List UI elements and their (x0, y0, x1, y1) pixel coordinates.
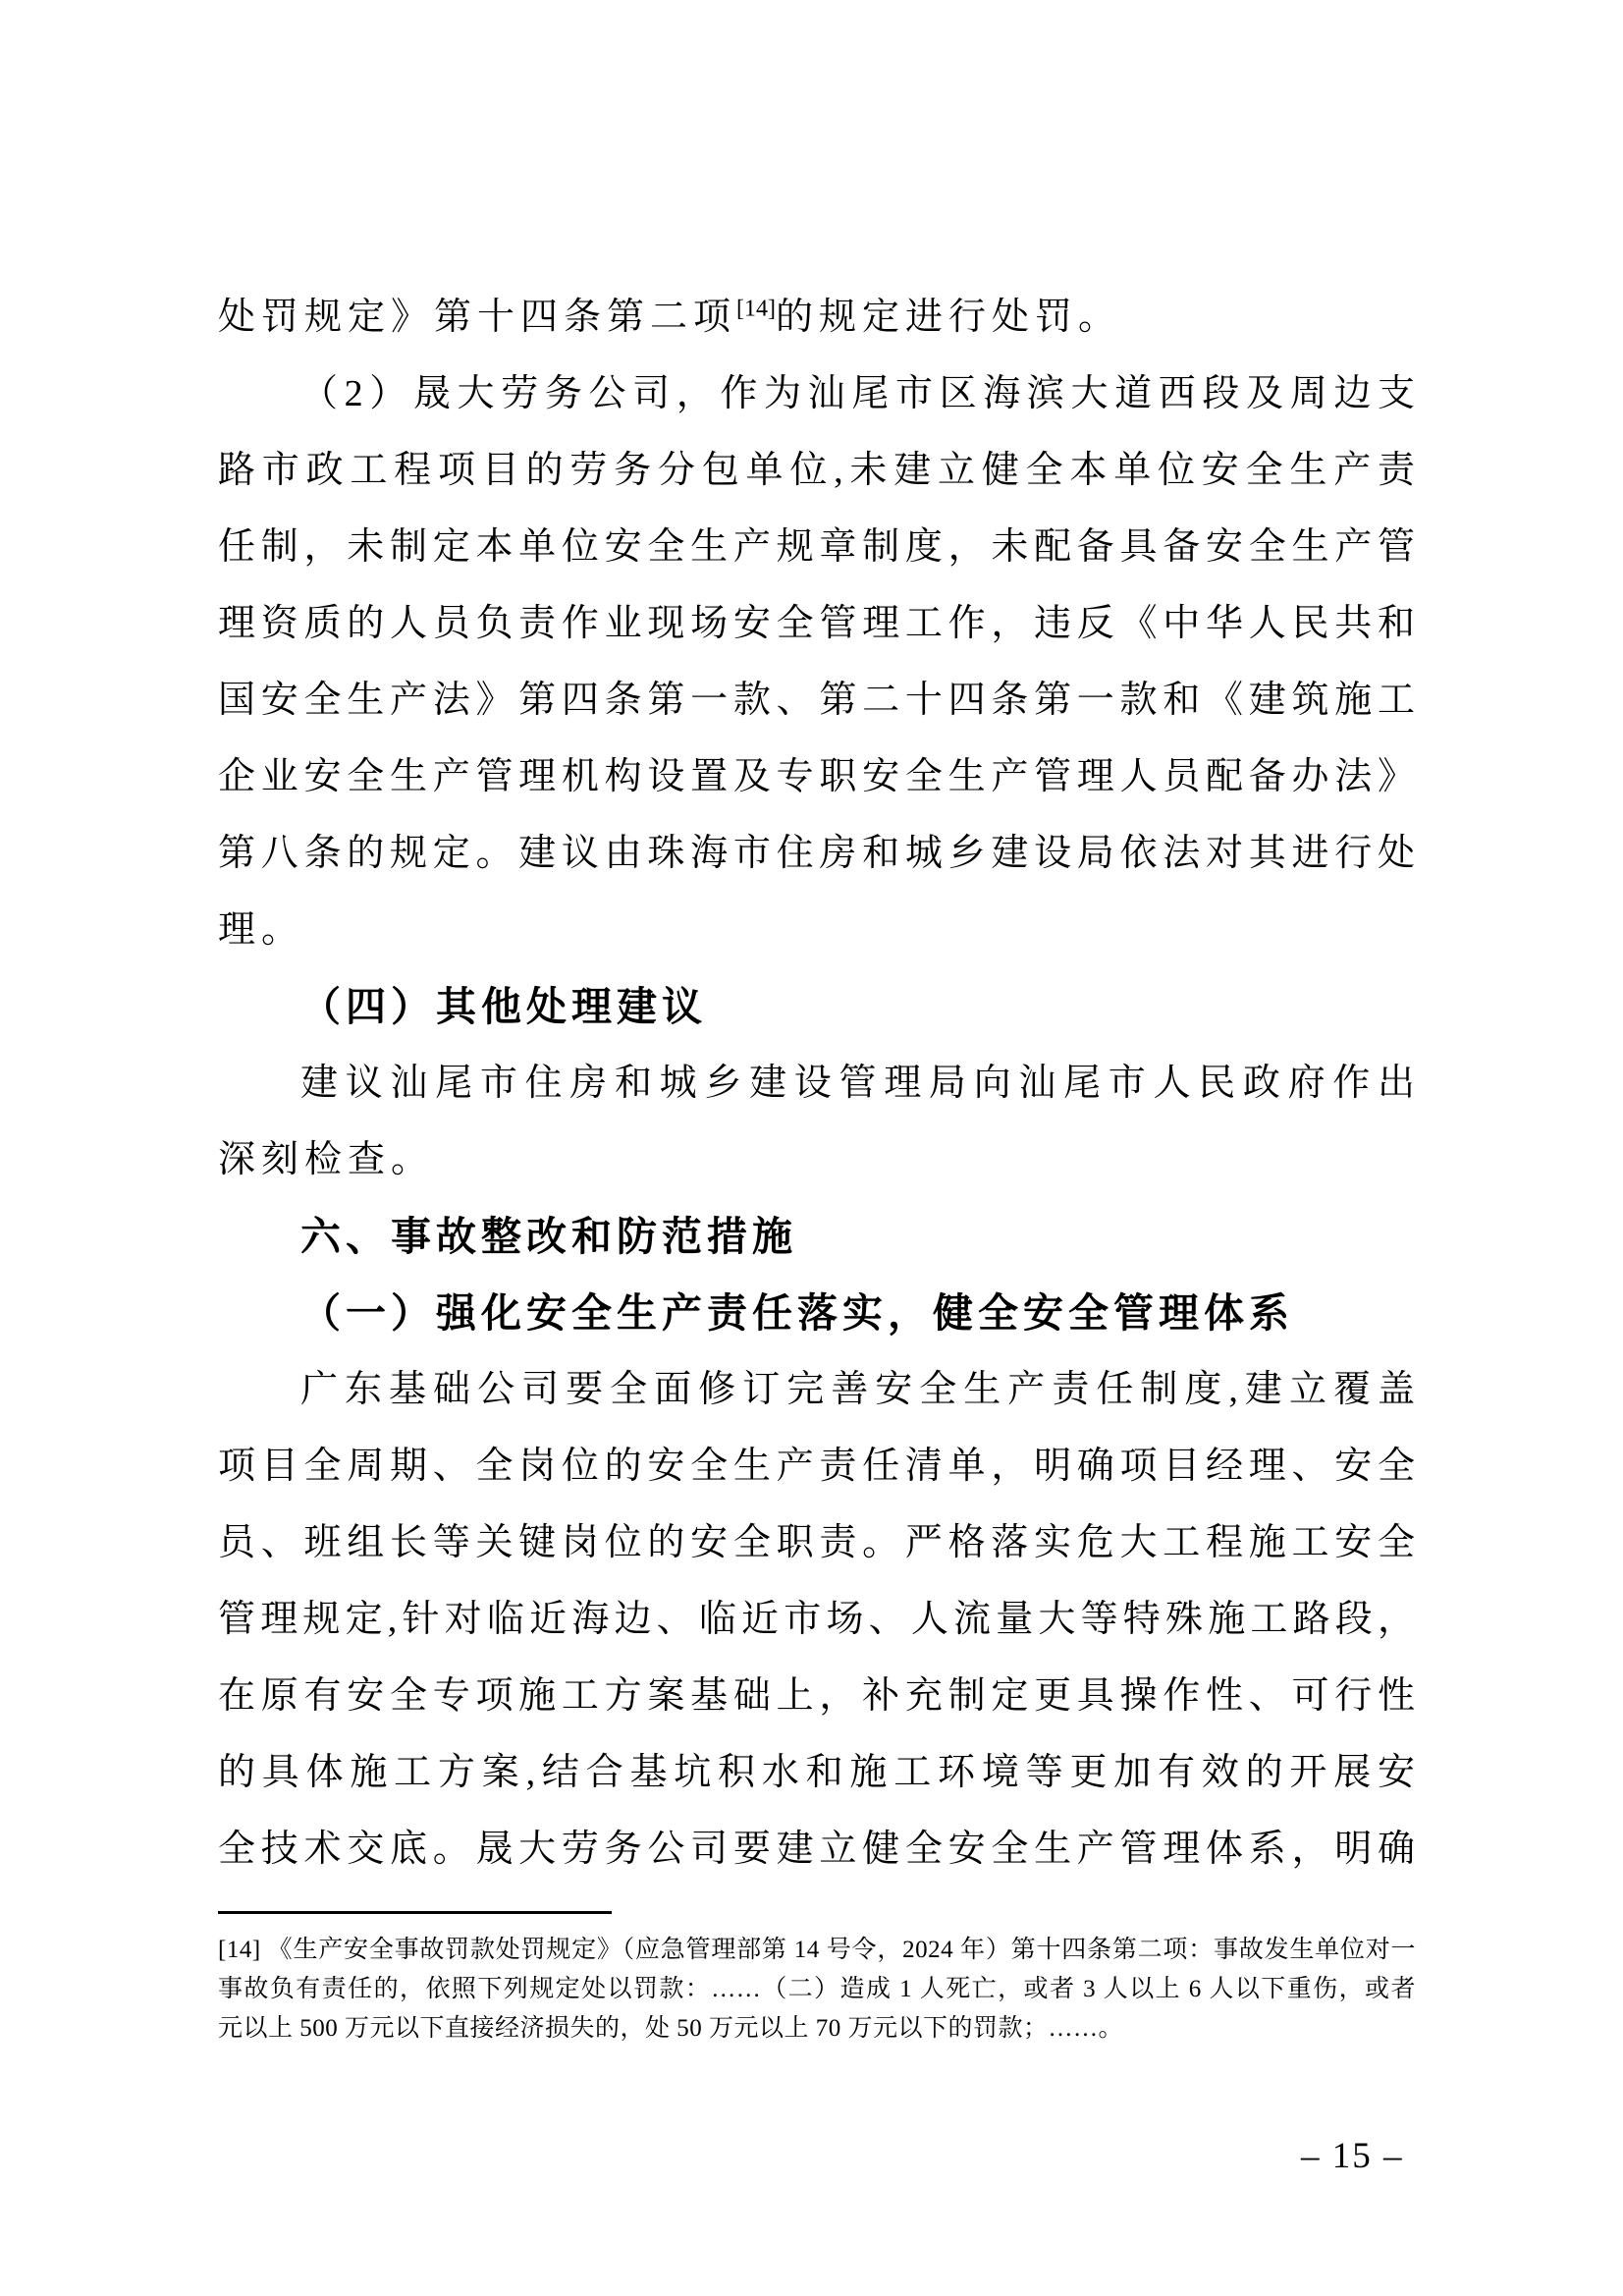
footnote: [14] 《生产安全事故罚款处罚规定》（应急管理部第 14 号令，2024 年）… (218, 1931, 1416, 2049)
body-line: 理资质的人员负责作业现场安全管理工作，违反《中华人民共和 (218, 585, 1416, 662)
body-line: 的具体施工方案,结合基坑积水和施工环境等更加有效的开展安 (218, 1734, 1416, 1811)
section-heading: 六、事故整改和防范措施 (218, 1198, 1416, 1275)
body-text-run: 处罚规定》第十四条第二项 (218, 297, 736, 338)
footnote-line: 事故负有责任的，依照下列规定处以罚款：……（二）造成 1 人死亡，或者 3 人以… (218, 1970, 1416, 2009)
body-line: 深刻检查。 (218, 1121, 1416, 1198)
body-line: （2）晟大劳务公司，作为汕尾市区海滨大道西段及周边支 (218, 355, 1416, 432)
body-line: 企业安全生产管理机构设置及专职安全生产管理人员配备办法》 (218, 738, 1416, 815)
body-line: 第八条的规定。建议由珠海市住房和城乡建设局依法对其进行处 (218, 815, 1416, 892)
body-line: 任制，未制定本单位安全生产规章制度，未配备具备安全生产管 (218, 509, 1416, 585)
body-line: 在原有安全专项施工方案基础上，补充制定更具操作性、可行性 (218, 1658, 1416, 1734)
section-heading: （四）其他处理建议 (218, 968, 1416, 1045)
body-line: 路市政工程项目的劳务分包单位,未建立健全本单位安全生产责 (218, 432, 1416, 509)
body-line: 广东基础公司要全面修订完善安全生产责任制度,建立覆盖 (218, 1351, 1416, 1428)
body-line: 项目全周期、全岗位的安全生产责任清单，明确项目经理、安全 (218, 1428, 1416, 1504)
body-line: 国安全生产法》第四条第一款、第二十四条第一款和《建筑施工 (218, 662, 1416, 738)
page-number: – 15 – (1301, 2135, 1404, 2177)
document-body: 处罚规定》第十四条第二项[14]的规定进行处罚。 （2）晟大劳务公司，作为汕尾市… (218, 279, 1416, 1887)
footnote-ref: [14] (736, 296, 776, 321)
footnote-separator (218, 1911, 612, 1914)
body-line: 管理规定,针对临近海边、临近市场、人流量大等特殊施工路段， (218, 1581, 1416, 1658)
body-line: 员、班组长等关键岗位的安全职责。严格落实危大工程施工安全 (218, 1504, 1416, 1581)
footnote-line: [14] 《生产安全事故罚款处罚规定》（应急管理部第 14 号令，2024 年）… (218, 1931, 1416, 1970)
body-line: 处罚规定》第十四条第二项[14]的规定进行处罚。 (218, 279, 1416, 355)
section-heading: （一）强化安全生产责任落实，健全安全管理体系 (218, 1275, 1416, 1351)
body-line: 全技术交底。晟大劳务公司要建立健全安全生产管理体系，明确 (218, 1811, 1416, 1887)
body-line: 理。 (218, 892, 1416, 968)
page: 处罚规定》第十四条第二项[14]的规定进行处罚。 （2）晟大劳务公司，作为汕尾市… (0, 0, 1623, 2296)
body-line: 建议汕尾市住房和城乡建设管理局向汕尾市人民政府作出 (218, 1045, 1416, 1121)
footnote-line: 元以上 500 万元以下直接经济损失的，处 50 万元以上 70 万元以下的罚款… (218, 2009, 1416, 2049)
body-text-run: 的规定进行处罚。 (776, 297, 1121, 338)
